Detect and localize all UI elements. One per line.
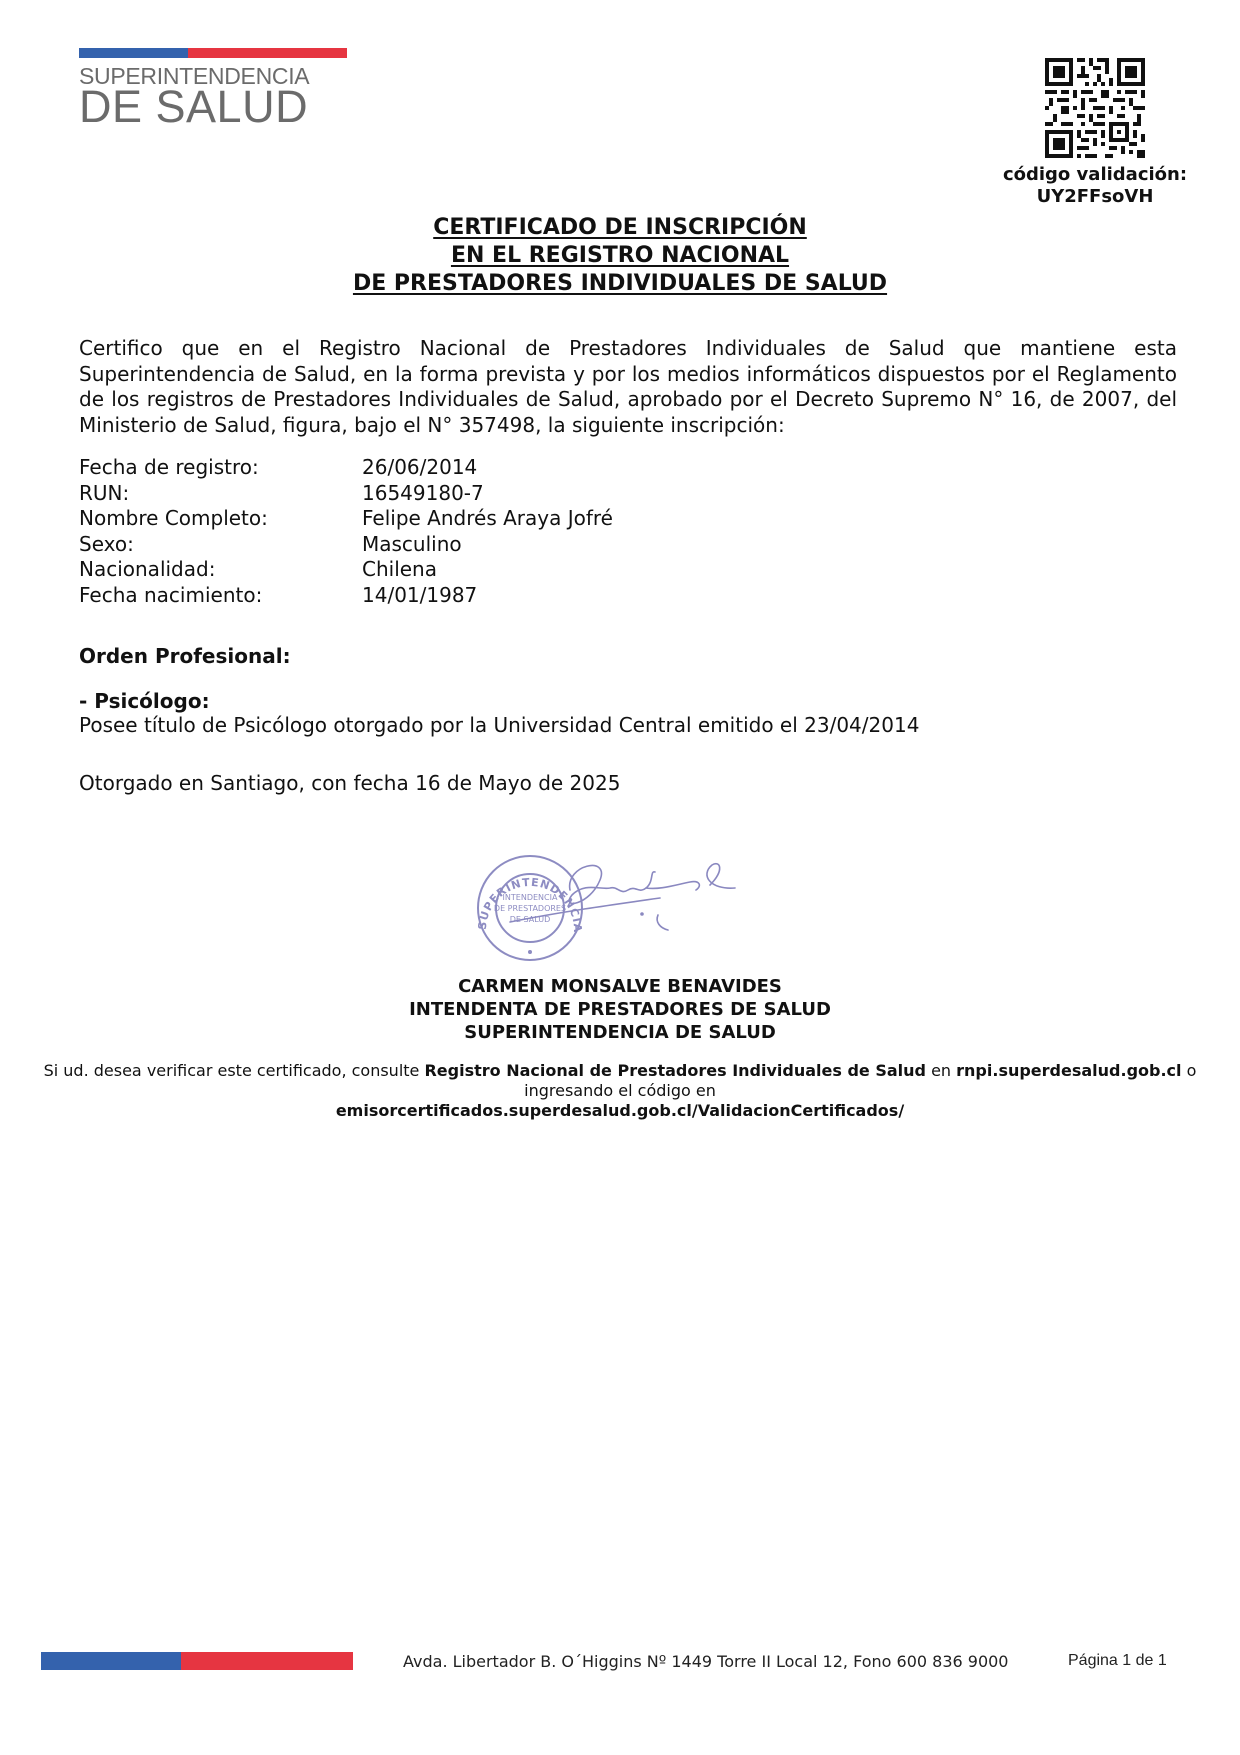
field-value: Chilena [362,557,437,583]
superintendencia-logo: SUPERINTENDENCIA DE SALUD [79,48,347,126]
field-row: Sexo: Masculino [79,532,613,558]
official-stamp-icon: SUPERINTENDENCIA DE SALUD INTENDENCIA DE… [450,850,584,960]
field-row: Fecha nacimiento: 14/01/1987 [79,583,613,609]
title-line-2: EN EL REGISTRO NACIONAL [0,242,1240,270]
signer-role: INTENDENTA DE PRESTADORES DE SALUD [0,998,1240,1021]
rnpi-link[interactable]: rnpi.superdesalud.gob.cl [956,1061,1181,1080]
field-row: Nacionalidad: Chilena [79,557,613,583]
field-label: Nacionalidad: [79,557,362,583]
field-label: Sexo: [79,532,362,558]
logo-line-2: DE SALUD [79,88,347,126]
registration-fields: Fecha de registro: 26/06/2014 RUN: 16549… [79,455,613,608]
verify-text: Si ud. desea verificar este certificado,… [44,1061,425,1080]
title-line-3: DE PRESTADORES INDIVIDUALES DE SALUD [0,270,1240,298]
signature-stamp-image: SUPERINTENDENCIA DE SALUD INTENDENCIA DE… [450,850,785,970]
field-label: Fecha nacimiento: [79,583,362,609]
field-value: 16549180-7 [362,481,484,507]
field-label: Nombre Completo: [79,506,362,532]
field-value: 14/01/1987 [362,583,477,609]
footer-flag-bar [41,1652,353,1670]
field-label: RUN: [79,481,362,507]
field-value: Masculino [362,532,462,558]
title-line-1: CERTIFICADO DE INSCRIPCIÓN [0,214,1240,242]
field-label: Fecha de registro: [79,455,362,481]
registry-name: Registro Nacional de Prestadores Individ… [424,1061,926,1080]
signer-name: CARMEN MONSALVE BENAVIDES [0,975,1240,998]
signer-block: CARMEN MONSALVE BENAVIDES INTENDENTA DE … [0,975,1240,1044]
validation-block: código validación: UY2FFsoVH [985,58,1205,208]
validation-code: UY2FFsoVH [985,186,1205,208]
footer-bar-blue [41,1652,181,1670]
profession-title: - Psicólogo: [79,689,210,713]
verify-text: en [926,1061,956,1080]
field-row: Nombre Completo: Felipe Andrés Araya Jof… [79,506,613,532]
logo-bar-red [188,48,347,58]
qr-code-icon [1045,58,1145,158]
logo-flag-bar [79,48,347,58]
footer-bar-red [181,1652,353,1670]
profession-description: Posee título de Psicólogo otorgado por l… [79,713,919,737]
svg-text:INTENDENCIA: INTENDENCIA [503,893,558,902]
orden-profesional-heading: Orden Profesional: [79,644,291,668]
field-value: 26/06/2014 [362,455,477,481]
issued-statement: Otorgado en Santiago, con fecha 16 de Ma… [79,771,620,795]
field-row: Fecha de registro: 26/06/2014 [79,455,613,481]
logo-bar-blue [79,48,188,58]
footer-address: Avda. Libertador B. O´Higgins Nº 1449 To… [403,1652,1008,1671]
page-number: Página 1 de 1 [1068,1652,1167,1670]
field-row: RUN: 16549180-7 [79,481,613,507]
svg-text:DE PRESTADORES: DE PRESTADORES [494,904,566,913]
verification-note: Si ud. desea verificar este certificado,… [0,1061,1240,1121]
validation-url-link[interactable]: emisorcertificados.superdesalud.gob.cl/V… [336,1101,904,1120]
signer-organization: SUPERINTENDENCIA DE SALUD [0,1021,1240,1044]
field-value: Felipe Andrés Araya Jofré [362,506,613,532]
validation-label: código validación: [985,164,1205,186]
certificate-title: CERTIFICADO DE INSCRIPCIÓN EN EL REGISTR… [0,214,1240,298]
certification-paragraph: Certifico que en el Registro Nacional de… [79,336,1177,438]
